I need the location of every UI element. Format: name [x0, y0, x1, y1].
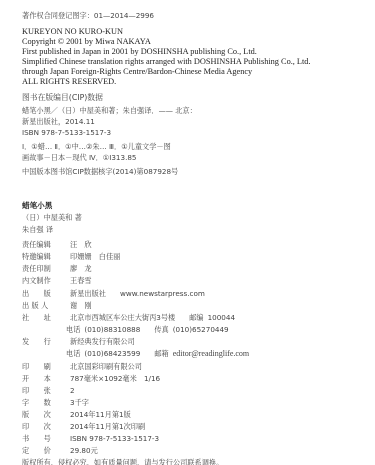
printing-label: 字 数	[22, 398, 66, 407]
printing-row: 印 刷 北京国彩印刷有限公司	[22, 362, 142, 371]
fax-label: 传真	[154, 325, 168, 334]
dist-phone-value: (010)68423599	[84, 349, 140, 358]
isbn-value: ISBN 978-7-5133-1517-3	[70, 434, 159, 443]
distribution-row: 发 行 新经典发行有限公司	[22, 337, 135, 346]
publisher-name: 新星出版社	[70, 289, 106, 298]
cip-isbn: ISBN 978-7-5133-1517-3	[22, 128, 111, 137]
postcode-label: 邮编	[189, 313, 203, 322]
cip-entry-line: 新星出版社，2014.11	[22, 117, 95, 126]
editor-label: 特邀编辑	[22, 252, 66, 261]
printing-row: 版 次 2014年11月第1版	[22, 410, 131, 419]
phone-value: (010)88310888	[84, 325, 140, 334]
address-row: 社 址 北京市西城区车公庄大街丙3号楼 邮编 100044	[22, 313, 235, 322]
address-label: 社 址	[22, 313, 66, 322]
publisher-person-label: 出 版 人	[22, 301, 66, 310]
printing-value: 2014年11月第1次印刷	[70, 422, 145, 431]
printing-value: 3千字	[70, 398, 89, 407]
first-published-line: First published in Japan in 2001 by DOSH…	[22, 47, 257, 57]
book-translator: 朱自强 译	[22, 225, 53, 234]
copyright-line: Copyright © 2001 by Miwa NAKAYA	[22, 37, 151, 47]
publisher-label: 出 版	[22, 289, 66, 298]
editor-value: 汪 欣	[70, 240, 92, 249]
editor-row: 责任编辑 汪 欣	[22, 240, 92, 249]
translation-rights-line: Simplified Chinese translation rights ar…	[22, 57, 311, 67]
dist-phone-label: 电话	[66, 349, 80, 358]
publisher-person-value: 谢 刚	[70, 301, 92, 310]
copyright-contract-number: 著作权合同登记图字：01—2014—2996	[22, 11, 154, 20]
email-value: editor@readinglife.com	[173, 349, 249, 358]
phone-row: 电话 (010)88310888 传真 (010)65270449	[22, 325, 229, 334]
publisher-person-row: 出 版 人 谢 刚	[22, 301, 92, 310]
printing-row: 印 张 2	[22, 386, 75, 395]
original-title: KUREYON NO KURO-KUN	[22, 27, 123, 37]
printing-label: 印 刷	[22, 362, 66, 371]
copyright-notice: 版权所有，侵权必究，如有质量问题，请与发行公司联系调换。	[22, 458, 223, 465]
fax-value: (010)65270449	[173, 325, 229, 334]
price-value: 29.80元	[70, 446, 98, 455]
printing-label: 印 张	[22, 386, 66, 395]
printing-value: 787毫米×1092毫米 1/16	[70, 374, 160, 383]
agency-line: through Japan Foreign-Rights Centre/Bard…	[22, 67, 252, 77]
printing-value: 北京国彩印刷有限公司	[70, 362, 142, 371]
printing-value: 2014年11月第1版	[70, 410, 131, 419]
distribution-contact-row: 电话 (010)68423599 邮箱 editor@readinglife.c…	[22, 349, 249, 358]
book-title: 蜡笔小黑	[22, 201, 52, 210]
editor-label: 责任编辑	[22, 240, 66, 249]
publisher-website: www.newstarpress.com	[120, 289, 205, 298]
editor-value: 王春雪	[70, 276, 92, 285]
editor-row: 内文制作 王春雪	[22, 276, 92, 285]
cip-classification-line: 画故事－日本－现代 Ⅳ．①I313.85	[22, 153, 137, 162]
phone-label: 电话	[66, 325, 80, 334]
printing-row: 印 次 2014年11月第1次印刷	[22, 422, 145, 431]
printing-label: 开 本	[22, 374, 66, 383]
editor-value: 印姗姗 白佳丽	[70, 252, 120, 261]
printing-row: 字 数 3千字	[22, 398, 89, 407]
printing-row: 书 号 ISBN 978-7-5133-1517-3	[22, 434, 159, 443]
editor-label: 内文制作	[22, 276, 66, 285]
cip-entry-line: 蜡笔小黑／（日）中屋美和著；朱自强译．—— 北京：	[22, 106, 197, 115]
printing-row: 定 价 29.80元	[22, 446, 98, 455]
distribution-label: 发 行	[22, 337, 66, 346]
address-value: 北京市西城区车公庄大街丙3号楼	[70, 313, 175, 322]
printing-label: 定 价	[22, 446, 66, 455]
book-author: （日）中屋美和 著	[22, 213, 82, 222]
printing-value: 2	[70, 386, 75, 395]
printing-label: 印 次	[22, 422, 66, 431]
printing-label: 版 次	[22, 410, 66, 419]
editor-row: 责任印制 廖 龙	[22, 264, 92, 273]
all-rights-reserved: ALL RIGHTS RESERVED.	[22, 77, 116, 87]
editor-label: 责任印制	[22, 264, 66, 273]
editor-value: 廖 龙	[70, 264, 92, 273]
cip-number: 中国版本图书馆CIP数据核字(2014)第087928号	[22, 167, 178, 176]
publisher-row: 出 版 新星出版社 www.newstarpress.com	[22, 289, 205, 298]
printing-row: 开 本 787毫米×1092毫米 1/16	[22, 374, 160, 383]
printing-label: 书 号	[22, 434, 66, 443]
distribution-value: 新经典发行有限公司	[70, 337, 135, 346]
cip-classification-line: Ⅰ．①蜡… Ⅱ．①中…②朱… Ⅲ．①儿童文学－图	[22, 142, 171, 151]
postcode-value: 100044	[208, 313, 235, 322]
cip-heading: 图书在版编目(CIP)数据	[22, 93, 103, 102]
editor-row: 特邀编辑 印姗姗 白佳丽	[22, 252, 120, 261]
email-label: 邮箱	[154, 349, 168, 358]
